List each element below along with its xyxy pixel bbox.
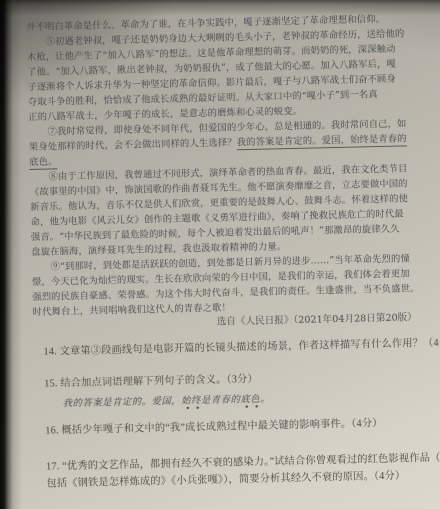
question-15-quoted-sentence: 我的答案是肯定的。爱国，始终是青春的底色。 [63, 387, 433, 409]
question-16: 16. 概括少年嘎子和文中的“我”成长成熟过程中最关键的影响事件。（4分） [45, 415, 433, 439]
photographed-exam-paper: 并不明白革命是什么、革命为了谁，在斗争实践中，嘎子逐渐坚定了革命理想和信仰。 ⑤… [0, 0, 440, 509]
page-content: 并不明白革命是什么、革命为了谁，在斗争实践中，嘎子逐渐坚定了革命理想和信仰。 ⑤… [26, 11, 435, 492]
plain-text: 果身处那样的时代，会不会做出同样的人生选择？ [29, 137, 237, 153]
emphasized-word: 底色 [240, 394, 260, 408]
question-section: 14. 文章第③段画线句是电影开篇的长镜头描述的场景，作者这样描写有什么作用？（… [33, 336, 434, 492]
question-14: 14. 文章第③段画线句是电影开篇的长镜头描述的场景，作者这样描写有什么作用？（… [43, 336, 431, 360]
underlined-sentence: 底色。 [29, 156, 58, 169]
quote-text: 。 [260, 394, 270, 405]
quote-text: 是青春的 [201, 394, 241, 406]
reading-passage: 并不明白革命是什么、革命为了谁，在斗争实践中，嘎子逐渐坚定了革命理想和信仰。 ⑤… [26, 11, 431, 334]
emphasized-word: 始终 [181, 395, 201, 409]
quote-text: 我的答案是肯定的。爱国， [63, 396, 182, 410]
